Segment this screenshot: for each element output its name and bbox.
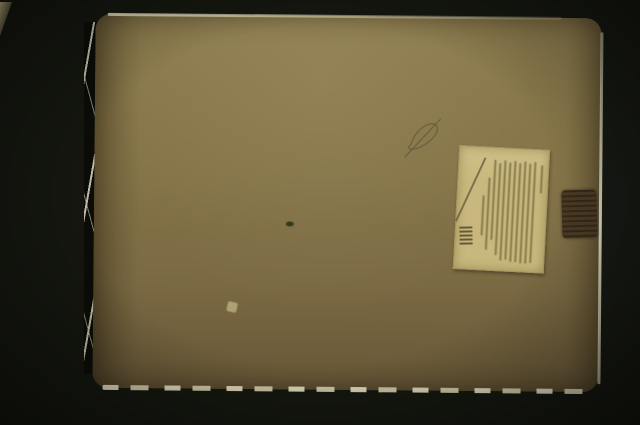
label-text-line (540, 165, 543, 193)
right-edge-highlight (597, 32, 603, 384)
surface-chip (226, 301, 238, 313)
top-edge-highlight (108, 13, 562, 20)
dark-speck (286, 221, 294, 226)
paper-label (453, 145, 550, 274)
worn-bottom-edge (102, 385, 596, 394)
label-text-line (481, 195, 485, 235)
backing-board (92, 14, 601, 392)
adhesive-smudge (561, 190, 597, 239)
corner-light-leak (0, 2, 12, 36)
label-stamp (459, 226, 472, 245)
photo-of-backing-board (0, 0, 640, 425)
